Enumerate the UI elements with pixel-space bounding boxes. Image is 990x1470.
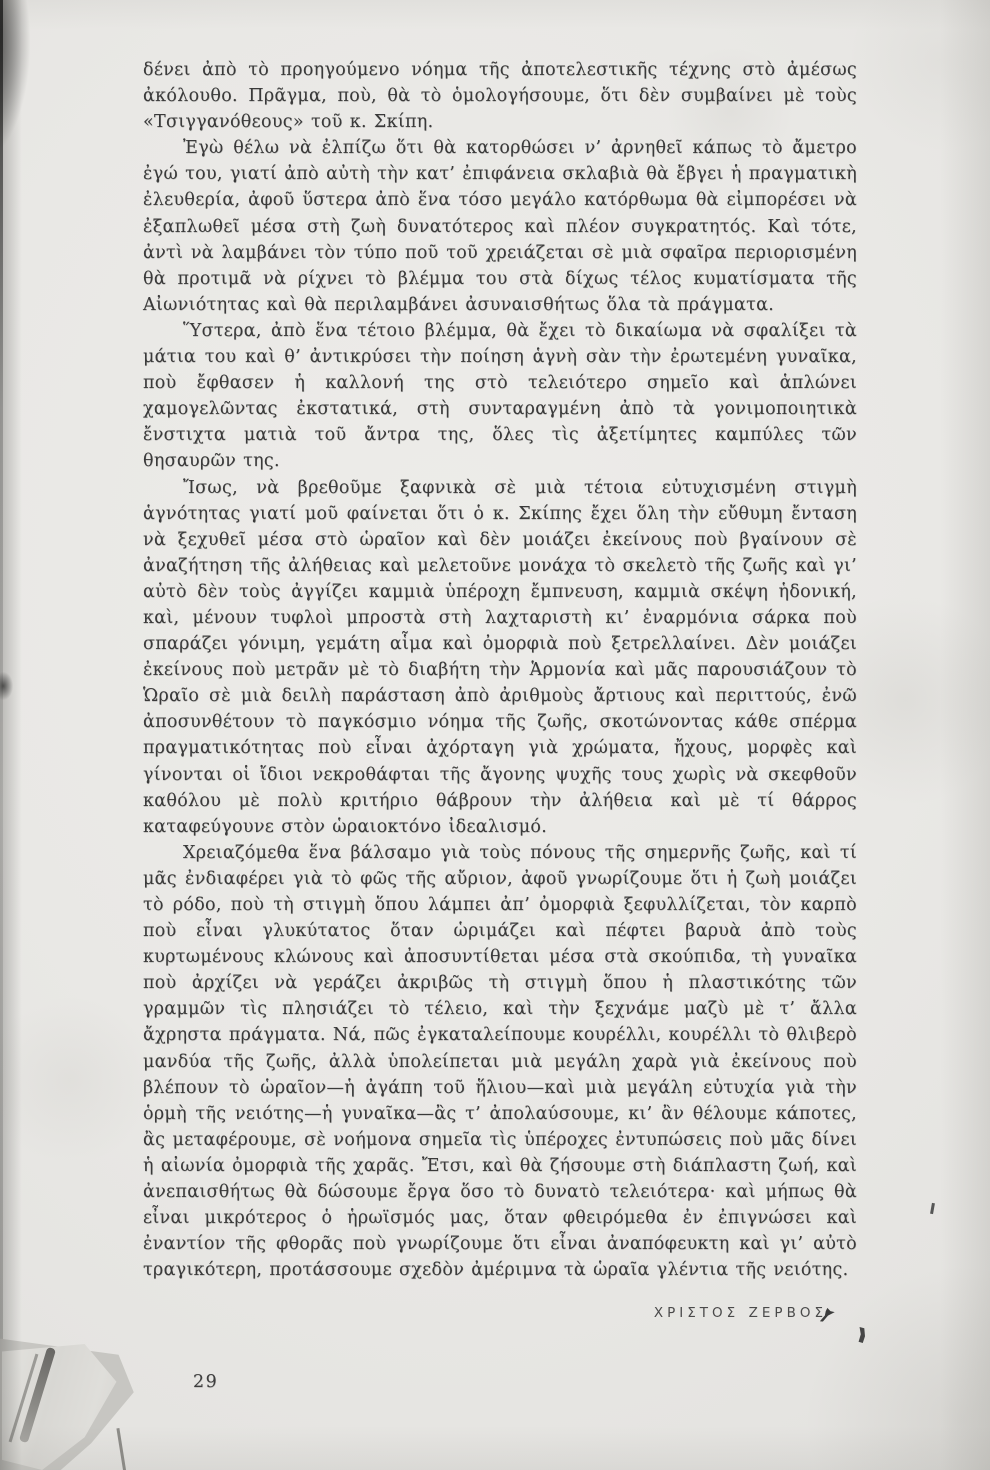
- scanned-book-page: δένει ἀπὸ τὸ προηγούμενο νόημα τῆς ἀποτε…: [0, 0, 990, 1470]
- body-paragraph: Ἐγὼ θέλω νὰ ἐλπίζω ὅτι θὰ κατορθώσει ν’ …: [143, 135, 857, 318]
- page-number: 29: [143, 1369, 857, 1395]
- scan-left-blob: [0, 672, 13, 700]
- page-fold-crease-line: [116, 1428, 126, 1470]
- body-paragraph: Χρειαζόμεθα ἕνα βάλσαμο γιὰ τοὺς πόνους …: [143, 840, 857, 1284]
- scan-smudge-top-left: [0, 0, 110, 260]
- ink-mark: [930, 1203, 935, 1214]
- body-paragraph: δένει ἀπὸ τὸ προηγούμενο νόημα τῆς ἀποτε…: [143, 57, 857, 135]
- author-signature: ΧΡΙΣΤΟΣ ΖΕΡΒΟΣ: [143, 1300, 857, 1326]
- scan-left-edge: [0, 0, 3, 1470]
- body-paragraph: Ὕστερα, ἀπὸ ἕνα τέτοιο βλέμμα, θὰ ἔχει τ…: [143, 318, 857, 475]
- text-column: δένει ἀπὸ τὸ προηγούμενο νόημα τῆς ἀποτε…: [143, 57, 857, 1395]
- ink-mark: [858, 1327, 865, 1343]
- body-paragraph: Ἴσως, νὰ βρεθοῦμε ξαφνικὰ σὲ μιὰ τέτοια …: [143, 475, 857, 840]
